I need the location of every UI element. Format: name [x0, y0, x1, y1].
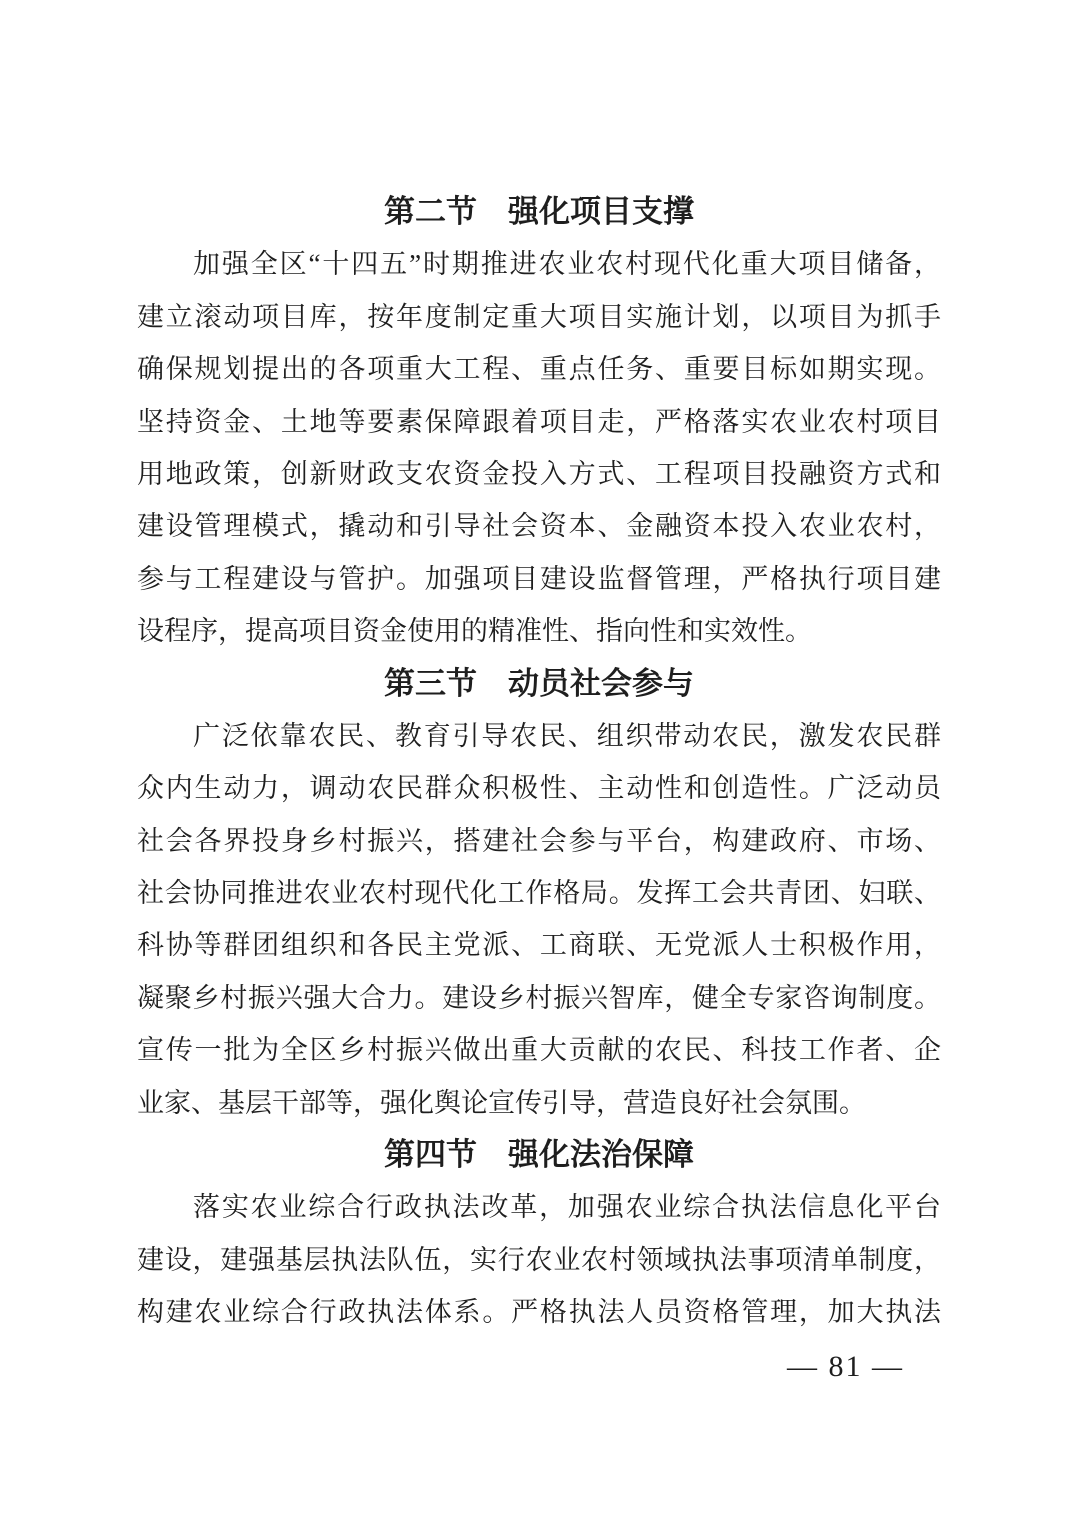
text-line: 设程序，提高项目资金使用的精准性、指向性和实效性。	[137, 605, 941, 657]
text-line: 宣传一批为全区乡村振兴做出重大贡献的农民、科技工作者、企	[137, 1024, 941, 1076]
content-column: 第二节 强化项目支撑 加强全区“十四五”时期推进农业农村现代化重大项目储备， 建…	[137, 186, 941, 1339]
page-number: — 81 —	[787, 1350, 904, 1384]
text-line: 广泛依靠农民、教育引导农民、组织带动农民，激发农民群	[137, 710, 941, 762]
text-line: 用地政策，创新财政支农资金投入方式、工程项目投融资方式和	[137, 448, 941, 500]
text-line: 参与工程建设与管护。加强项目建设监督管理，严格执行项目建	[137, 553, 941, 605]
text-line: 构建农业综合行政执法体系。严格执法人员资格管理，加大执法	[137, 1286, 941, 1338]
text-line: 坚持资金、土地等要素保障跟着项目走，严格落实农业农村项目	[137, 396, 941, 448]
text-line: 科协等群团组织和各民主党派、工商联、无党派人士积极作用，	[137, 919, 941, 971]
section-heading: 第三节 动员社会参与	[137, 658, 941, 710]
text-line: 社会协同推进农业农村现代化工作格局。发挥工会共青团、妇联、	[137, 867, 941, 919]
text-line: 落实农业综合行政执法改革，加强农业综合执法信息化平台	[137, 1181, 941, 1233]
text-line: 社会各界投身乡村振兴，搭建社会参与平台，构建政府、市场、	[137, 815, 941, 867]
text-line: 业家、基层干部等，强化舆论宣传引导，营造良好社会氛围。	[137, 1077, 941, 1129]
text-line: 确保规划提出的各项重大工程、重点任务、重要目标如期实现。	[137, 343, 941, 395]
document-page: 第二节 强化项目支撑 加强全区“十四五”时期推进农业农村现代化重大项目储备， 建…	[0, 0, 1074, 1520]
text-line: 凝聚乡村振兴强大合力。建设乡村振兴智库，健全专家咨询制度。	[137, 972, 941, 1024]
text-line: 加强全区“十四五”时期推进农业农村现代化重大项目储备，	[137, 238, 941, 290]
text-line: 建设，建强基层执法队伍，实行农业农村领域执法事项清单制度，	[137, 1234, 941, 1286]
text-line: 建设管理模式，撬动和引导社会资本、金融资本投入农业农村，	[137, 500, 941, 552]
text-line: 建立滚动项目库，按年度制定重大项目实施计划，以项目为抓手	[137, 291, 941, 343]
section-heading: 第二节 强化项目支撑	[137, 186, 941, 238]
section-heading: 第四节 强化法治保障	[137, 1129, 941, 1181]
text-line: 众内生动力，调动农民群众积极性、主动性和创造性。广泛动员	[137, 762, 941, 814]
